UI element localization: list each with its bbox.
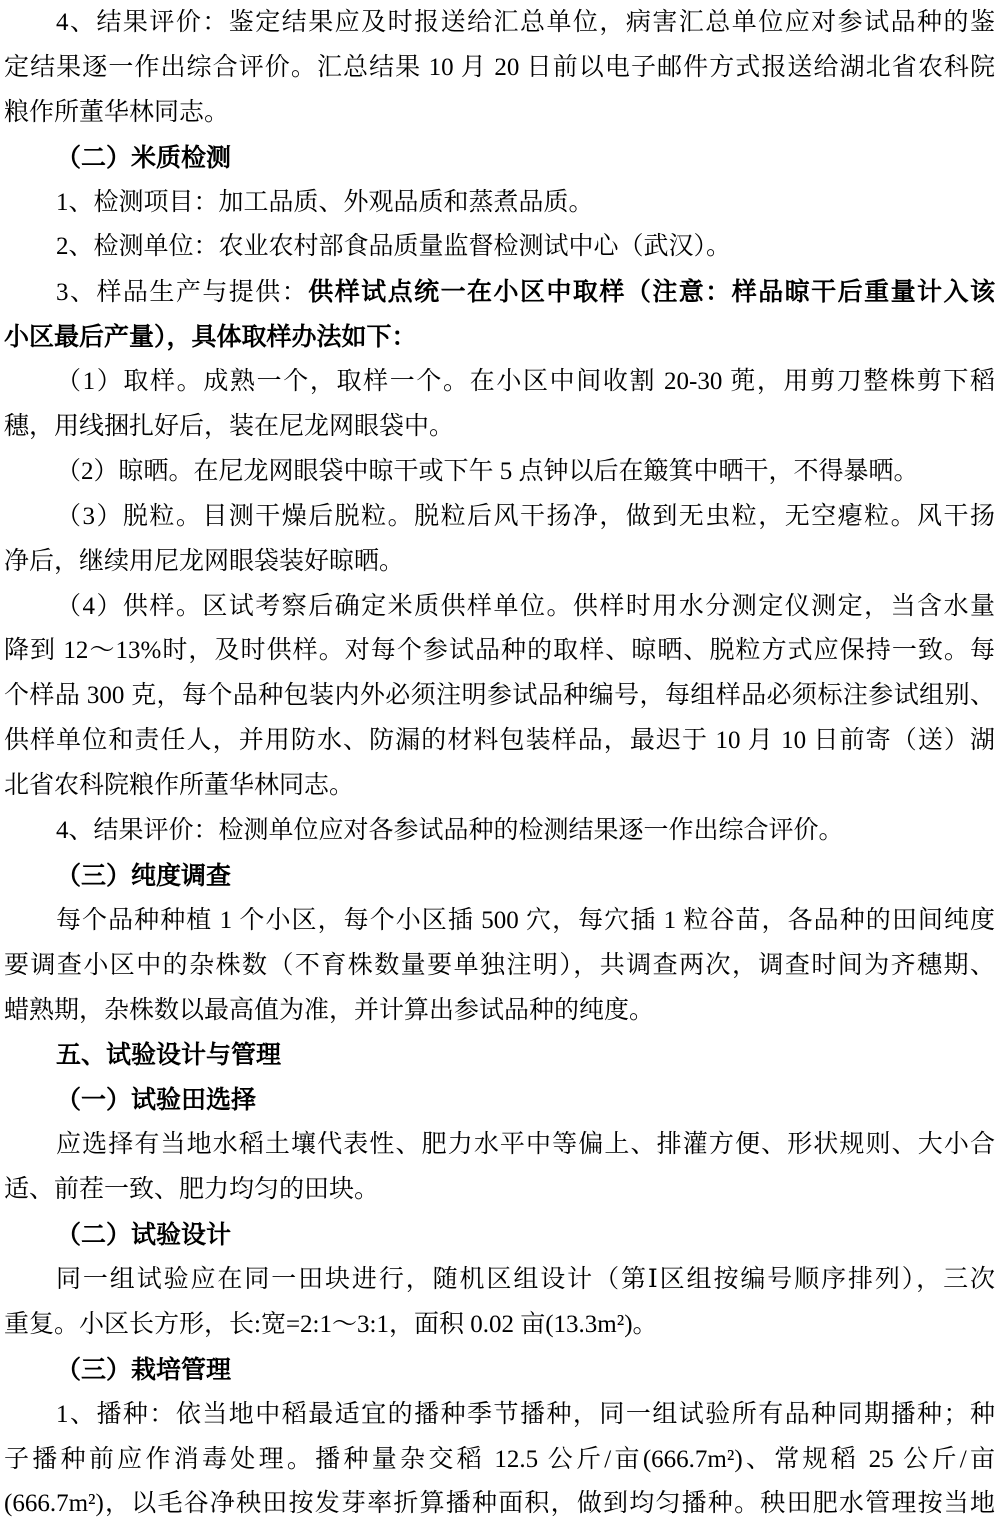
text-run: 子播种前应作消毒处理。播种量杂交稻 12.5 公斤/亩(666.7m²)、常规稻… (4, 1446, 995, 1473)
bold-text-run: 小区最后产量），具体取样办法如下： (4, 323, 417, 351)
text-run: 定结果逐一作出综合评价。汇总结果 10 月 20 日前以电子邮件方式报送给湖北省… (4, 54, 995, 81)
bold-text-run: （三）栽培管理 (56, 1356, 231, 1384)
text-line: 1、检测项目：加工品质、外观品质和蒸煮品质。 (4, 181, 995, 226)
text-line: 每个品种种植 1 个小区，每个小区插 500 穴，每穴插 1 粒谷苗，各品种的田… (4, 899, 995, 944)
text-run: (666.7m²)，以毛谷净秧田按发芽率折算播种面积，做到均匀播种。秧田肥水管理… (4, 1490, 995, 1517)
text-line: 同一组试验应在同一田块进行，随机区组设计（第Ⅰ区组按编号顺序排列），三次 (4, 1258, 995, 1303)
text-run: 个样品 300 克，每个品种包装内外必须注明参试品种编号，每组样品必须标注参试组… (4, 682, 995, 709)
bold-text-run: （二）米质检测 (56, 144, 231, 172)
text-line: 净后，继续用尼龙网眼袋装好晾晒。 (4, 540, 995, 585)
text-run: （2）晾晒。在尼龙网眼袋中晾干或下午 5 点钟以后在簸箕中晒干，不得暴晒。 (56, 458, 919, 485)
heading-line: （一）试验田选择 (4, 1078, 995, 1123)
text-line: 重复。小区长方形，长:宽=2:1～3:1，面积 0.02 亩(13.3m²)。 (4, 1303, 995, 1348)
text-run: 2、检测单位：农业农村部食品质量监督检测试中心（武汉）。 (56, 233, 731, 260)
bold-text-run: （三）纯度调查 (56, 862, 231, 890)
document-body: 4、结果评价：鉴定结果应及时报送给汇总单位，病害汇总单位应对参试品种的鉴定结果逐… (4, 1, 995, 1527)
text-run: 每个品种种植 1 个小区，每个小区插 500 穴，每穴插 1 粒谷苗，各品种的田… (56, 907, 995, 934)
text-line: 3、样品生产与提供：供样试点统一在小区中取样（注意：样品晾干后重量计入该 (4, 270, 995, 315)
text-run: （3）脱粒。目测干燥后脱粒。脱粒后风干扬净，做到无虫粒，无空瘪粒。风干扬 (56, 503, 995, 530)
text-line: 2、检测单位：农业农村部食品质量监督检测试中心（武汉）。 (4, 225, 995, 270)
text-run: 同一组试验应在同一田块进行，随机区组设计（第Ⅰ区组按编号顺序排列），三次 (56, 1266, 995, 1293)
text-run: （1）取样。成熟一个，取样一个。在小区中间收割 20-30 蔸，用剪刀整株剪下稻 (56, 368, 995, 395)
text-line: 要调查小区中的杂株数（不育株数量要单独注明），共调查两次，调查时间为齐穗期、 (4, 944, 995, 989)
text-line: （1）取样。成熟一个，取样一个。在小区中间收割 20-30 蔸，用剪刀整株剪下稻 (4, 360, 995, 405)
text-run: 供样单位和责任人，并用防水、防漏的材料包装样品，最迟于 10 月 10 日前寄（… (4, 727, 995, 754)
text-run: 北省农科院粮作所董华林同志。 (4, 772, 354, 799)
text-line: 北省农科院粮作所董华林同志。 (4, 764, 995, 809)
text-line: （2）晾晒。在尼龙网眼袋中晾干或下午 5 点钟以后在簸箕中晒干，不得暴晒。 (4, 450, 995, 495)
text-run: 要调查小区中的杂株数（不育株数量要单独注明），共调查两次，调查时间为齐穗期、 (4, 952, 995, 979)
text-run: 3、样品生产与提供： (56, 279, 308, 306)
text-run: 重复。小区长方形，长:宽=2:1～3:1，面积 0.02 亩(13.3m²)。 (4, 1311, 658, 1338)
document-page: 4、结果评价：鉴定结果应及时报送给汇总单位，病害汇总单位应对参试品种的鉴定结果逐… (0, 0, 1000, 1527)
text-run: 1、播种：依当地中稻最适宜的播种季节播种，同一组试验所有品种同期播种；种 (56, 1401, 995, 1428)
text-run: 穗，用线捆扎好后，装在尼龙网眼袋中。 (4, 413, 454, 440)
text-line: 4、结果评价：检测单位应对各参试品种的检测结果逐一作出综合评价。 (4, 809, 995, 854)
text-line: 粮作所董华林同志。 (4, 91, 995, 136)
text-run: 净后，继续用尼龙网眼袋装好晾晒。 (4, 548, 404, 575)
text-line: 应选择有当地水稻土壤代表性、肥力水平中等偏上、排灌方便、形状规则、大小合 (4, 1123, 995, 1168)
text-line: （3）脱粒。目测干燥后脱粒。脱粒后风干扬净，做到无虫粒，无空瘪粒。风干扬 (4, 495, 995, 540)
text-line: 定结果逐一作出综合评价。汇总结果 10 月 20 日前以电子邮件方式报送给湖北省… (4, 46, 995, 91)
heading-line: （三）栽培管理 (4, 1348, 995, 1393)
text-run: 蜡熟期，杂株数以最高值为准，并计算出参试品种的纯度。 (4, 997, 654, 1024)
text-line: 降到 12～13%时，及时供样。对每个参试品种的取样、晾晒、脱粒方式应保持一致。… (4, 629, 995, 674)
text-line: 供样单位和责任人，并用防水、防漏的材料包装样品，最迟于 10 月 10 日前寄（… (4, 719, 995, 764)
heading-line: （二）试验设计 (4, 1213, 995, 1258)
bold-text-run: 供样试点统一在小区中取样（注意：样品晾干后重量计入该 (308, 278, 995, 306)
text-run: 粮作所董华林同志。 (4, 99, 229, 126)
heading-line: 五、试验设计与管理 (4, 1033, 995, 1078)
text-run: （4）供样。区试考察后确定米质供样单位。供样时用水分测定仪测定，当含水量 (56, 593, 995, 620)
text-run: 降到 12～13%时，及时供样。对每个参试品种的取样、晾晒、脱粒方式应保持一致。… (4, 637, 995, 664)
text-line: (666.7m²)，以毛谷净秧田按发芽率折算播种面积，做到均匀播种。秧田肥水管理… (4, 1482, 995, 1527)
text-run: 1、检测项目：加工品质、外观品质和蒸煮品质。 (56, 189, 594, 216)
text-line: 蜡熟期，杂株数以最高值为准，并计算出参试品种的纯度。 (4, 989, 995, 1034)
heading-line: （二）米质检测 (4, 136, 995, 181)
bold-text-run: （一）试验田选择 (56, 1086, 256, 1114)
heading-line: （三）纯度调查 (4, 854, 995, 899)
text-line: 子播种前应作消毒处理。播种量杂交稻 12.5 公斤/亩(666.7m²)、常规稻… (4, 1438, 995, 1483)
text-line: 4、结果评价：鉴定结果应及时报送给汇总单位，病害汇总单位应对参试品种的鉴 (4, 1, 995, 46)
text-line: 个样品 300 克，每个品种包装内外必须注明参试品种编号，每组样品必须标注参试组… (4, 674, 995, 719)
text-run: 4、结果评价：鉴定结果应及时报送给汇总单位，病害汇总单位应对参试品种的鉴 (56, 9, 995, 36)
text-run: 应选择有当地水稻土壤代表性、肥力水平中等偏上、排灌方便、形状规则、大小合 (56, 1131, 995, 1158)
text-line: 适、前茬一致、肥力均匀的田块。 (4, 1168, 995, 1213)
text-line: 1、播种：依当地中稻最适宜的播种季节播种，同一组试验所有品种同期播种；种 (4, 1393, 995, 1438)
text-run: 4、结果评价：检测单位应对各参试品种的检测结果逐一作出综合评价。 (56, 817, 844, 844)
text-line: 小区最后产量），具体取样办法如下： (4, 315, 995, 360)
text-line: 穗，用线捆扎好后，装在尼龙网眼袋中。 (4, 405, 995, 450)
text-line: （4）供样。区试考察后确定米质供样单位。供样时用水分测定仪测定，当含水量 (4, 585, 995, 630)
bold-text-run: 五、试验设计与管理 (56, 1041, 281, 1069)
bold-text-run: （二）试验设计 (56, 1221, 231, 1249)
text-run: 适、前茬一致、肥力均匀的田块。 (4, 1176, 379, 1203)
